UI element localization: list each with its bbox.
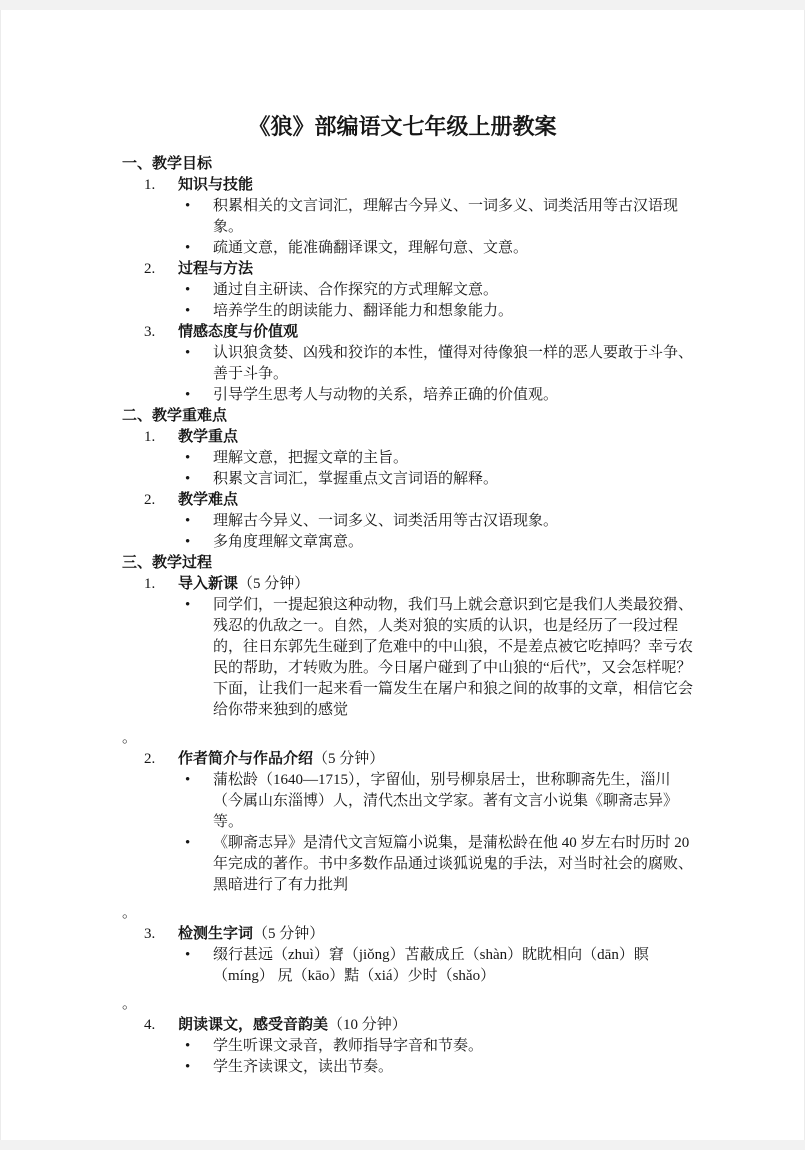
item-duration: （5 分钟） xyxy=(253,926,324,942)
item-title: 朗读课文，感受音韵美 xyxy=(178,1017,328,1033)
section-heading-3: 三、教学过程 xyxy=(122,553,804,574)
item-heading: 2.作者简介与作品介绍（5 分钟） xyxy=(144,749,804,770)
bullet-item: 学生听课文录音，教师指导字音和节奏。 xyxy=(213,1036,696,1057)
item-heading: 3.情感态度与价值观 xyxy=(144,322,804,343)
doc-body: 一、教学目标 1.知识与技能 积累相关的文言词汇，理解古今异义、一词多义、词类活… xyxy=(1,154,804,1078)
bullet-item: 通过自主研读、合作探究的方式理解文意。 xyxy=(213,280,696,301)
bullet-item: 学生齐读课文，读出节奏。 xyxy=(213,1057,696,1078)
bullet-item: 认识狼贪婪、凶残和狡诈的本性，懂得对待像狼一样的恶人要敢于斗争、善于斗争。 xyxy=(213,343,696,385)
bullet-item: 同学们，一提起狼这种动物，我们马上就会意识到它是我们人类最狡猾、残忍的仇敌之一。… xyxy=(213,595,696,721)
item-title: 检测生字词 xyxy=(178,926,253,942)
item-number: 3. xyxy=(144,924,178,945)
item-title: 导入新课 xyxy=(178,576,238,592)
item-duration: （5 分钟） xyxy=(313,751,384,767)
document-viewer: 《狼》部编语文七年级上册教案 一、教学目标 1.知识与技能 积累相关的文言词汇，… xyxy=(0,0,805,1150)
doc-title: 《狼》部编语文七年级上册教案 xyxy=(1,112,804,142)
item-title: 教学难点 xyxy=(178,492,238,508)
bullet-item: 理解文意，把握文章的主旨。 xyxy=(213,448,696,469)
item-title: 作者简介与作品介绍 xyxy=(178,751,313,767)
bullet-item: 多角度理解文章寓意。 xyxy=(213,532,696,553)
item-number: 1. xyxy=(144,175,178,196)
item-heading: 1.教学重点 xyxy=(144,427,804,448)
item-duration: （10 分钟） xyxy=(328,1017,407,1033)
item-heading: 4.朗读课文，感受音韵美（10 分钟） xyxy=(144,1015,804,1036)
item-title: 教学重点 xyxy=(178,429,238,445)
bullet-item: 理解古今异义、一词多义、词类活用等古汉语现象。 xyxy=(213,511,696,532)
bullet-item: 疏通文意，能准确翻译课文，理解句意、文意。 xyxy=(213,238,696,259)
item-number: 2. xyxy=(144,490,178,511)
item-number: 1. xyxy=(144,574,178,595)
item-title: 知识与技能 xyxy=(178,177,253,193)
item-heading: 2.过程与方法 xyxy=(144,259,804,280)
bullet-item: 积累文言词汇，掌握重点文言词语的解释。 xyxy=(213,469,696,490)
bullet-item: 《聊斋志异》是清代文言短篇小说集，是蒲松龄在他 40 岁左右时历时 20 年完成… xyxy=(213,833,696,896)
item-number: 1. xyxy=(144,427,178,448)
section-heading-1: 一、教学目标 xyxy=(122,154,804,175)
item-number: 2. xyxy=(144,749,178,770)
item-number: 4. xyxy=(144,1015,178,1036)
stray-period: 。 xyxy=(122,903,804,924)
bullet-item: 蒲松龄（1640—1715），字留仙，别号柳泉居士，世称聊斋先生，淄川（今属山东… xyxy=(213,770,696,833)
item-title: 情感态度与价值观 xyxy=(178,324,298,340)
section-heading-2: 二、教学重难点 xyxy=(122,406,804,427)
item-title: 过程与方法 xyxy=(178,261,253,277)
bullet-item: 引导学生思考人与动物的关系，培养正确的价值观。 xyxy=(213,385,696,406)
item-number: 2. xyxy=(144,259,178,280)
item-heading: 2.教学难点 xyxy=(144,490,804,511)
item-duration: （5 分钟） xyxy=(238,576,309,592)
bullet-item: 培养学生的朗读能力、翻译能力和想象能力。 xyxy=(213,301,696,322)
bullet-item: 缀行甚远（zhuì）窘（jiǒng）苫蔽成丘（shàn）眈眈相向（dān）瞑（m… xyxy=(213,945,696,987)
stray-period: 。 xyxy=(122,728,804,749)
item-heading: 1.导入新课（5 分钟） xyxy=(144,574,804,595)
bullet-item: 积累相关的文言词汇，理解古今异义、一词多义、词类活用等古汉语现象。 xyxy=(213,196,696,238)
item-heading: 3.检测生字词（5 分钟） xyxy=(144,924,804,945)
document-page: 《狼》部编语文七年级上册教案 一、教学目标 1.知识与技能 积累相关的文言词汇，… xyxy=(0,10,805,1140)
stray-period: 。 xyxy=(122,994,804,1015)
item-heading: 1.知识与技能 xyxy=(144,175,804,196)
item-number: 3. xyxy=(144,322,178,343)
